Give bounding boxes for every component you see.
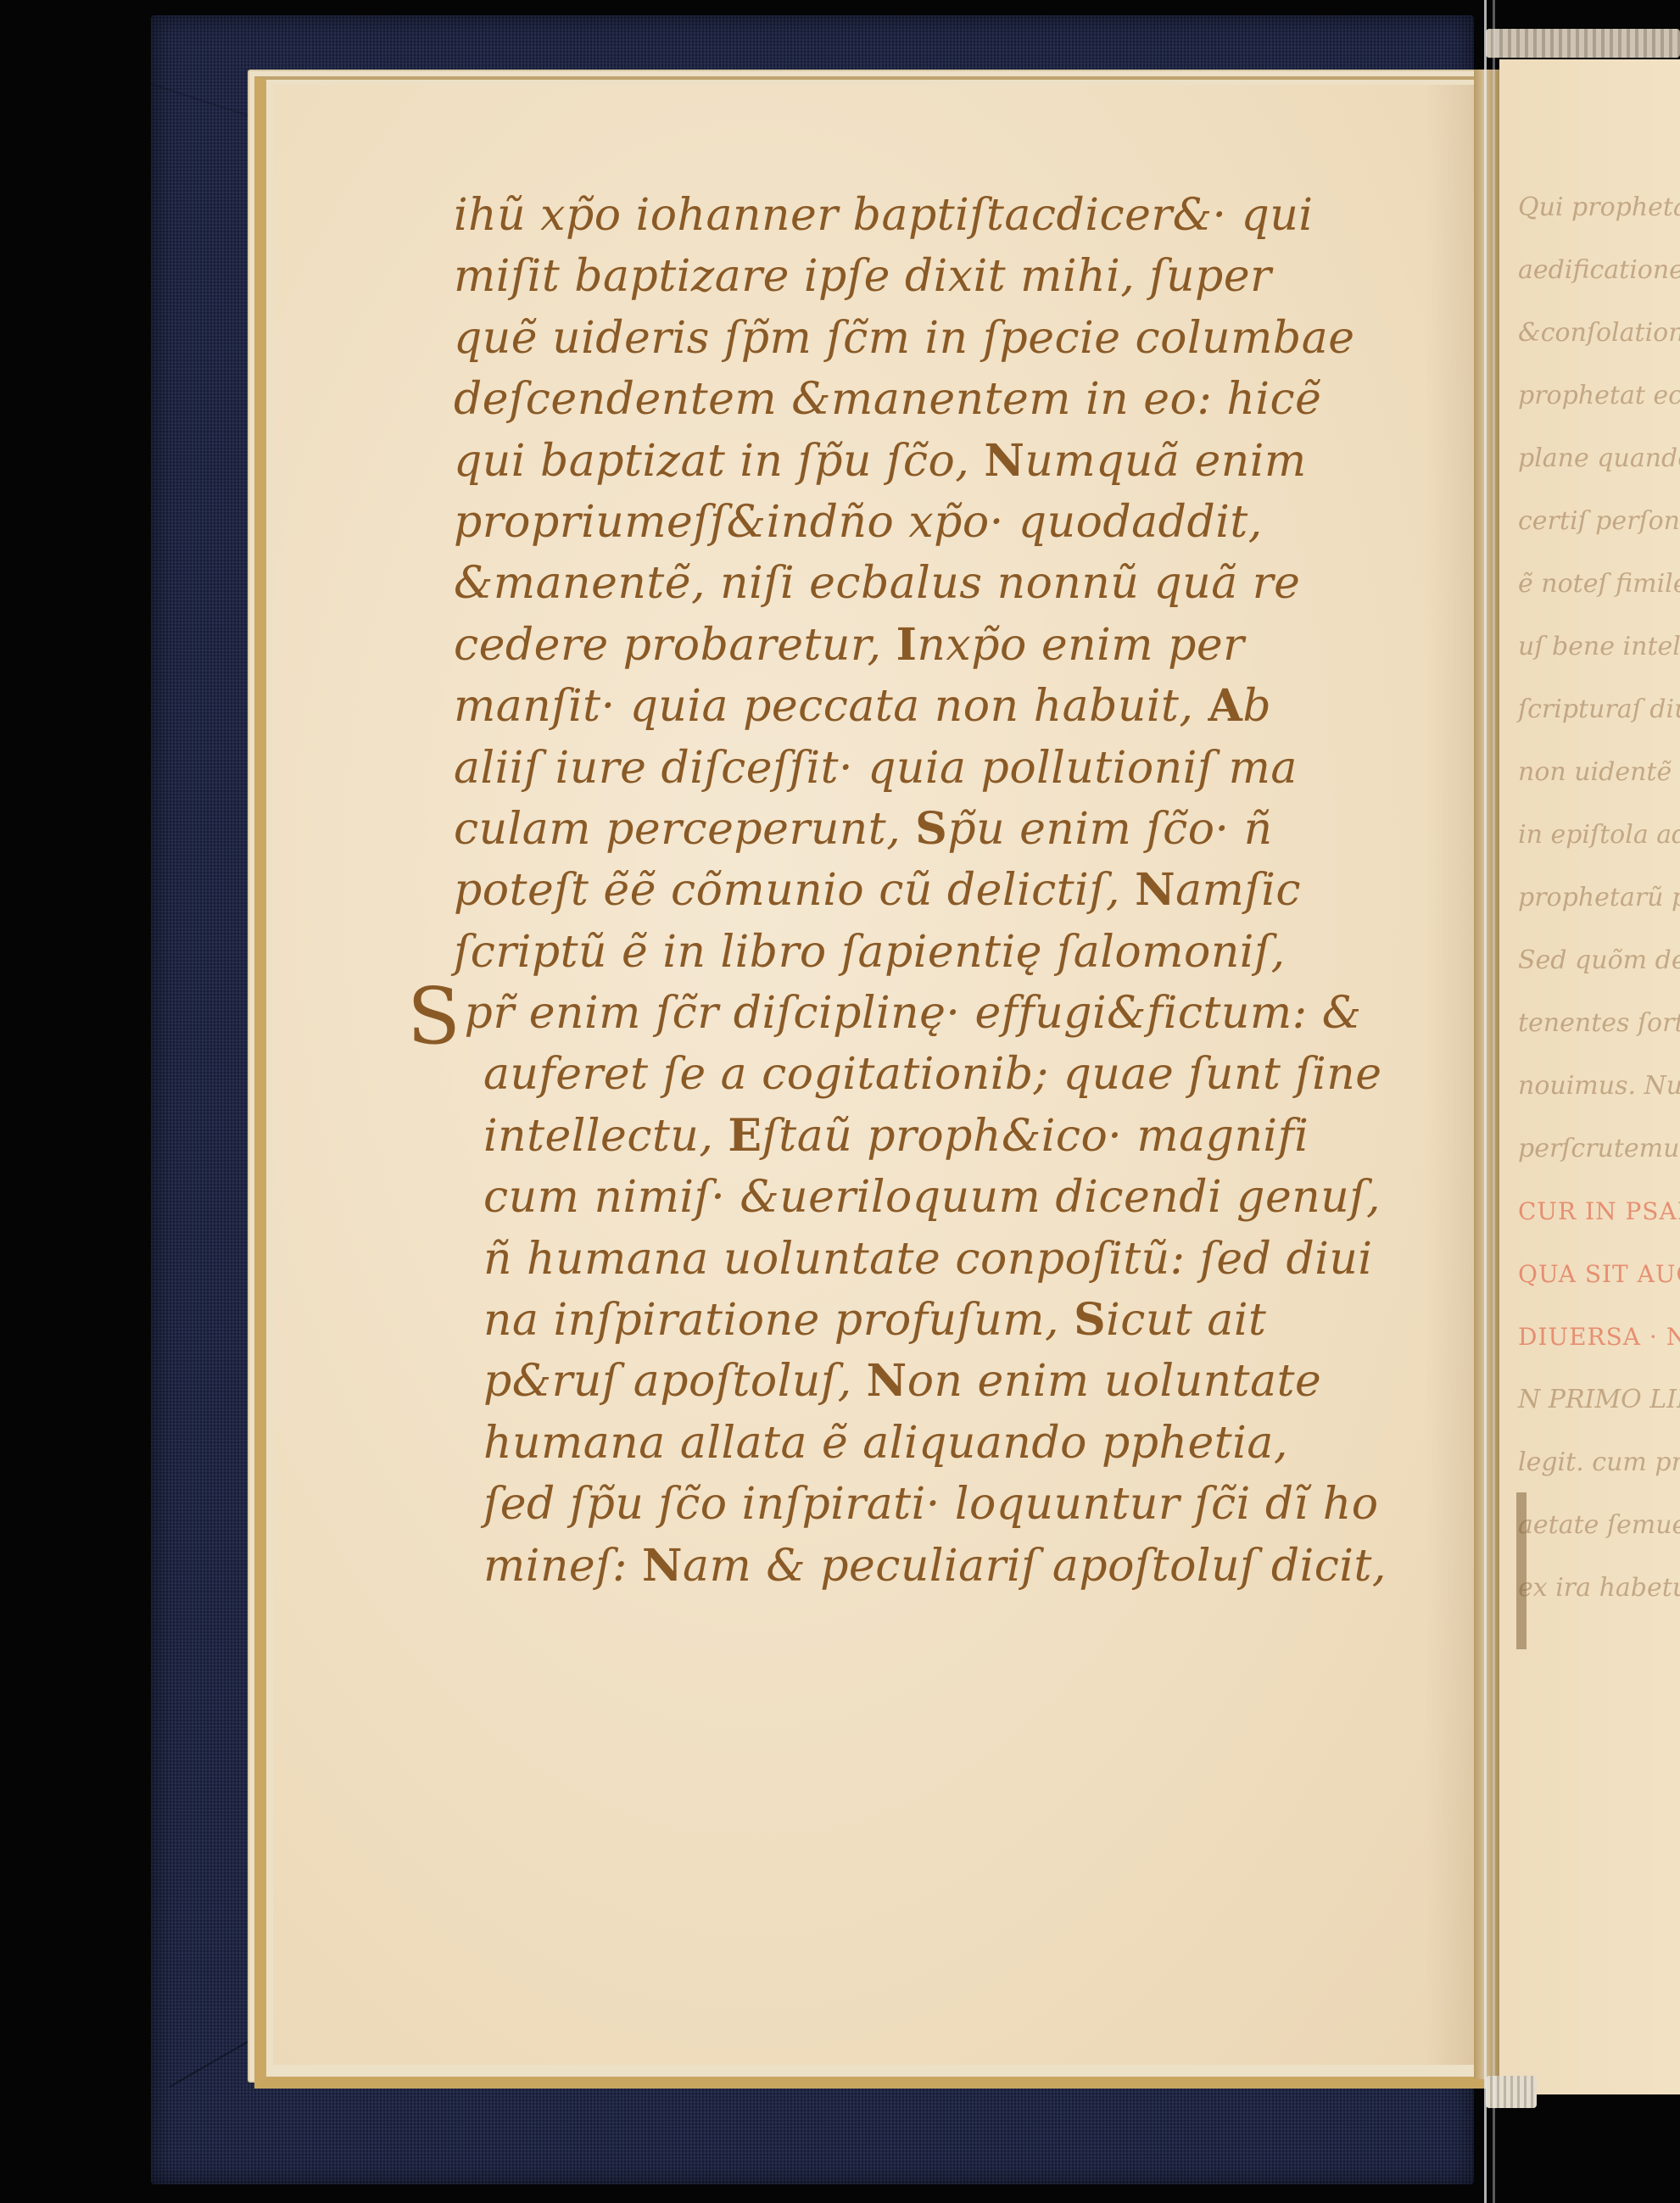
- capital-letter: E: [728, 1110, 762, 1162]
- text-line: ihũ xp̃o iohanner baptiſtacdicer&· qui: [454, 185, 1412, 246]
- recto-text-block: Qui prophetat homiaedificationem &&conſo…: [1518, 176, 1680, 1620]
- text-line: intellectu, Eſtaũ proph&ico· magnifi: [454, 1106, 1412, 1167]
- line-text: miſit baptizare ipſe dixit mihi, ſuper: [454, 251, 1271, 302]
- text-line: Qui prophetat homi: [1518, 176, 1680, 239]
- manuscript-text-block: ihũ xp̃o iohanner baptiſtacdicer&· quimi…: [454, 185, 1412, 1597]
- line-text: deſcendentem &manentem in eo: hicẽ: [454, 374, 1321, 425]
- text-line: &manentẽ, niſi ecbalus nonnũ quã re: [454, 553, 1412, 614]
- rubric-line: QUA SIT AUCTORIT: [1518, 1243, 1680, 1306]
- text-line: propriumeſſ&indño xp̃o· quodaddit,: [454, 492, 1412, 553]
- line-text-rest: amſic: [1175, 865, 1301, 916]
- text-line: auferet ſe a cogitationib; quae ſunt ſin…: [454, 1044, 1412, 1105]
- line-text: ſcriptũ ẽ in libro ſapientię ſalomoniſ,: [454, 927, 1286, 978]
- text-line: qui baptizat in ſp̃u ſc̃o, Numquã enim: [454, 431, 1412, 492]
- text-line: perſcrutemur: [1518, 1118, 1680, 1180]
- capital-letter: S: [1074, 1294, 1106, 1346]
- text-line: ñ humana uoluntate conpoſitũ: ſed diui: [454, 1229, 1412, 1290]
- line-text: ſed ſp̃u ſc̃o inſpirati· loquuntur ſc̃i …: [483, 1479, 1379, 1530]
- line-text: qui baptizat in ſp̃u ſc̃o,: [454, 436, 984, 487]
- text-line: in epiſtola ad: [1518, 804, 1680, 867]
- rubric-line: DIUERSA · NE: [1518, 1306, 1680, 1369]
- enlarged-initial: S: [407, 971, 461, 1062]
- line-text: ihũ xp̃o iohanner baptiſtacdicer&· qui: [454, 190, 1313, 241]
- line-text: humana allata ẽ aliquando pphetia,: [483, 1418, 1288, 1469]
- capital-letter: N: [984, 435, 1024, 487]
- text-line: ſed ſp̃u ſc̃o inſpirati· loquuntur ſc̃i …: [454, 1474, 1412, 1535]
- capital-letter: S: [915, 803, 947, 855]
- manuscript-page-recto-partial: Qui prophetat homiaedificationem &&conſo…: [1499, 59, 1680, 2094]
- gutter: [1474, 70, 1499, 2079]
- text-line: &conſolationẽ. E: [1518, 302, 1680, 365]
- text-line: aedificationem &: [1518, 239, 1680, 302]
- text-line: aliiſ iure diſceſſit· quia pollutioniſ m…: [454, 738, 1412, 799]
- rubric-line: CUR IN PSALMO: [1518, 1180, 1680, 1243]
- text-line: certiſ perſonis: [1518, 490, 1680, 553]
- glass-sheet-edge: [1484, 0, 1487, 2203]
- text-line: ſcripturaſ diuinaſ: [1518, 678, 1680, 741]
- text-line: cum nimiſ· &ueriloquum dicendi genuſ,: [454, 1167, 1412, 1228]
- text-line: manſit· quia peccata non habuit, Ab: [454, 676, 1412, 737]
- line-text: intellectu,: [483, 1111, 728, 1162]
- line-text-rest: am & peculiariſ apoſtoluſ dicit,: [683, 1541, 1387, 1592]
- text-line: na inſpiratione profuſum, Sicut ait: [454, 1290, 1412, 1351]
- line-text: ñ humana uoluntate conpoſitũ: ſed diui: [483, 1234, 1373, 1285]
- text-line: poteſt ẽẽ cõmunio cũ delictiſ, Namſic: [454, 860, 1412, 921]
- text-line: Sed quõm de proph: [1518, 929, 1680, 992]
- line-text-rest: on enim uoluntate: [907, 1356, 1322, 1407]
- text-line: legit. cum propheta: [1518, 1431, 1680, 1494]
- capital-letter: N: [1135, 864, 1175, 916]
- text-line: uſ bene intellegen: [1518, 616, 1680, 678]
- text-line: ẽ noteſ fimile N: [1518, 553, 1680, 616]
- line-text-rest: icut ait: [1106, 1295, 1266, 1346]
- decorated-initial-I: [1516, 1492, 1527, 1649]
- text-line: p&ruſ apoſtoluſ, Non enim uoluntate: [454, 1351, 1412, 1412]
- line-text-rest: ſtaũ proph&ico· magnifi: [762, 1111, 1309, 1162]
- text-line: mineſ: Nam & peculiariſ apoſtoluſ dicit,: [454, 1536, 1412, 1597]
- line-text-rest: p̃u enim ſc̃o· ñ: [947, 804, 1272, 855]
- text-line: prophetarũ proph: [1518, 867, 1680, 929]
- line-text: aliiſ iure diſceſſit· quia pollutioniſ m…: [454, 743, 1298, 794]
- line-text-rest: b: [1242, 681, 1271, 732]
- capital-letter: N: [867, 1355, 907, 1407]
- line-text: quẽ uideris ſp̃m ſc̃m in ſpecie columbae: [454, 313, 1354, 364]
- text-line: plane quando reſ: [1518, 427, 1680, 490]
- text-line: prophetat eccleſia: [1518, 365, 1680, 427]
- line-text-rest: nxp̃o enim per: [917, 620, 1244, 671]
- text-line: deſcendentem &manentem in eo: hicẽ: [454, 369, 1412, 430]
- capital-letter: A: [1208, 680, 1242, 732]
- text-line: aetate ſemuel ſex: [1518, 1494, 1680, 1557]
- line-text: p&ruſ apoſtoluſ,: [483, 1356, 867, 1407]
- line-text-rest: umquã enim: [1024, 436, 1306, 487]
- line-text: cedere probaretur,: [454, 620, 896, 671]
- line-text: pr̃ enim ſc̃r diſciplinę· effugi&fictum:…: [465, 988, 1362, 1039]
- text-line: cedere probaretur, Inxp̃o enim per: [454, 615, 1412, 676]
- text-line: ex ira habetur: [1518, 1557, 1680, 1620]
- text-line: humana allata ẽ aliquando pphetia,: [454, 1413, 1412, 1474]
- text-line: Spr̃ enim ſc̃r diſciplinę· effugi&fictum…: [407, 983, 1412, 1044]
- text-line: ſcriptũ ẽ in libro ſapientię ſalomoniſ,: [454, 922, 1412, 983]
- line-text: cum nimiſ· &ueriloquum dicendi genuſ,: [483, 1172, 1381, 1223]
- text-line: tenentes ſortem: [1518, 992, 1680, 1055]
- line-text: culam perceperunt,: [454, 804, 915, 855]
- text-line: miſit baptizare ipſe dixit mihi, ſuper: [454, 246, 1412, 307]
- line-text: na inſpiratione profuſum,: [483, 1295, 1074, 1346]
- line-text: poteſt ẽẽ cõmunio cũ delictiſ,: [454, 865, 1135, 916]
- text-line: nouimus. Nunc: [1518, 1055, 1680, 1118]
- line-text: propriumeſſ&indño xp̃o· quodaddit,: [454, 497, 1263, 548]
- line-text: &manentẽ, niſi ecbalus nonnũ quã re: [454, 558, 1300, 609]
- text-line: quẽ uideris ſp̃m ſc̃m in ſpecie columbae: [454, 308, 1412, 369]
- glass-sheet-edge: [1493, 0, 1495, 2203]
- line-text: mineſ:: [483, 1541, 642, 1592]
- capital-letter: N: [642, 1540, 683, 1592]
- line-text: auferet ſe a cogitationib; quae ſunt ſin…: [483, 1049, 1382, 1100]
- text-line: culam perceperunt, Sp̃u enim ſc̃o· ñ: [454, 799, 1412, 860]
- text-line: N PRIMO LIBRO: [1518, 1369, 1680, 1431]
- text-line: non uidentẽ: [1518, 741, 1680, 804]
- line-text: manſit· quia peccata non habuit,: [454, 681, 1208, 732]
- fabric-tape-top: [1486, 29, 1680, 58]
- capital-letter: I: [896, 619, 918, 671]
- manuscript-page-verso: ihũ xp̃o iohanner baptiſtacdicer&· quimi…: [273, 85, 1476, 2065]
